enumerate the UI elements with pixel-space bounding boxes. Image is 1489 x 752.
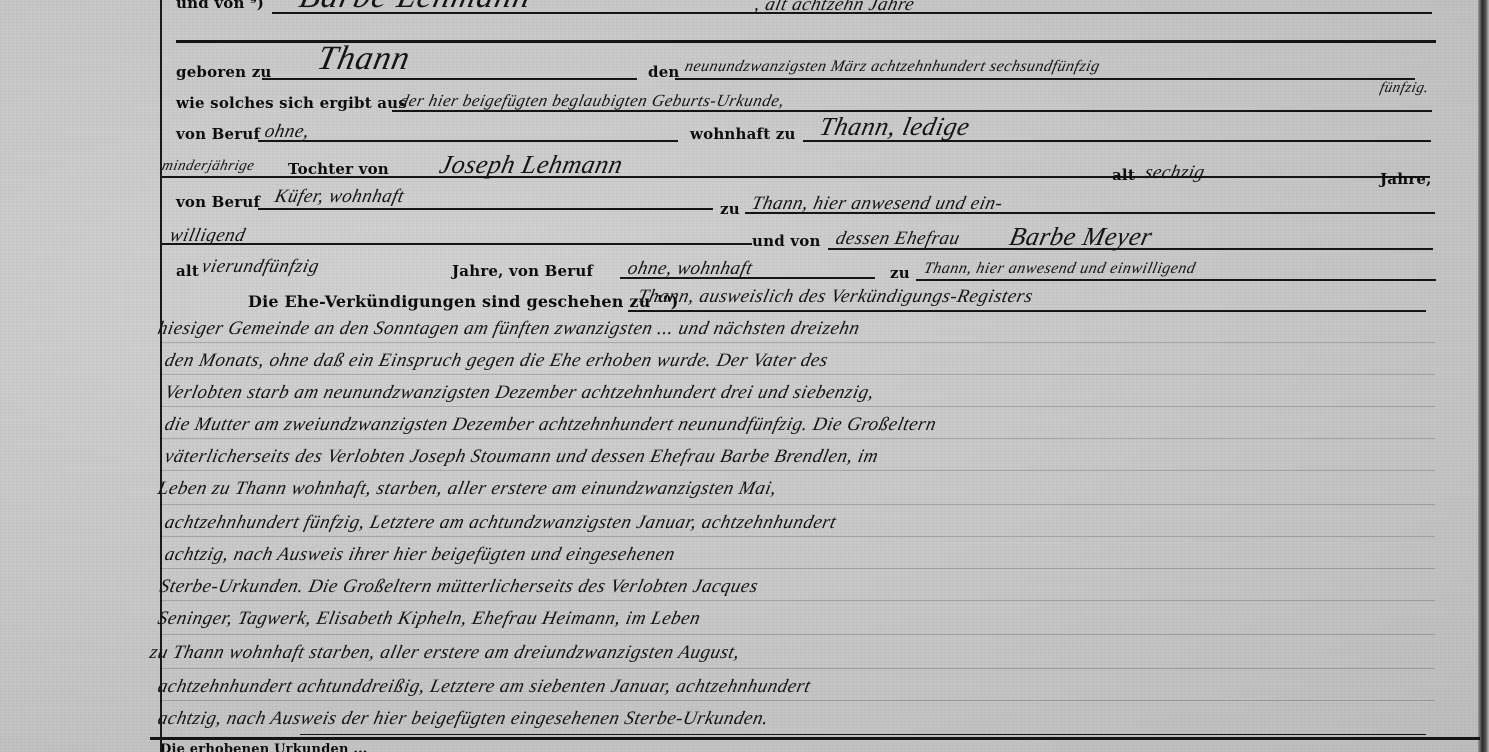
guide-line (160, 438, 1435, 439)
paragraph-line: achtzig, nach Ausweis der hier beigefügt… (156, 708, 771, 730)
residence: Thann, ledige (817, 112, 973, 142)
label-verkuendigungen: Die Ehe-Verkündigungen sind geschehen zu… (248, 292, 678, 311)
paragraph-line: Sterbe-Urkunden. Die Großeltern mütterli… (158, 576, 760, 598)
paragraph-line: achtzehnhundert fünfzig, Letztere am ach… (163, 512, 839, 534)
label-wohnhaft-zu: wohnhaft zu (690, 125, 796, 143)
label-und-von: und von ⁹) (176, 0, 264, 12)
minor-status: minderjährige (160, 158, 256, 175)
label-von-beruf-father: von Beruf (176, 193, 260, 211)
label-und-von-mother: und von (752, 232, 821, 250)
guide-line (160, 406, 1435, 407)
paragraph-line: hiesiger Gemeinde an den Sonntagen am fü… (156, 318, 862, 340)
birth-date: neunundzwanzigsten März achtzehnhundert … (683, 58, 1101, 76)
mother-residence: Thann, hier anwesend und einwilligend (922, 260, 1197, 278)
rule (828, 248, 1433, 250)
rule (745, 212, 1435, 214)
birth-date-cont: fünfzig. (1378, 80, 1430, 97)
register-page: und von ⁹) Barbe Lehmann , alt achtzehn … (0, 0, 1489, 752)
paragraph-line: die Mutter am zweiundzwanzigsten Dezembe… (163, 414, 939, 436)
rule (272, 12, 1432, 14)
banns-place: Thann, ausweislich des Verkündigungs-Reg… (636, 286, 1035, 308)
left-margin-rule (160, 0, 162, 752)
rule (162, 176, 1430, 178)
guide-line (160, 470, 1435, 471)
guide-line (160, 504, 1435, 505)
label-wie-solches: wie solches sich ergibt aus (176, 94, 407, 112)
paragraph-line: Seninger, Tagwerk, Elisabeth Kipheln, Eh… (156, 608, 703, 630)
label-alt-mother: alt (176, 262, 199, 280)
footer-divider (150, 737, 1480, 740)
rule (675, 78, 1415, 80)
paragraph-line: achtzehnhundert achtunddreißig, Letztere… (156, 676, 813, 698)
father-age: sechzig (1143, 162, 1207, 184)
label-jahre: Jahre, (1380, 170, 1432, 188)
paragraph-line: den Monats, ohne daß ein Einspruch gegen… (163, 350, 830, 372)
label-alt: alt (1112, 166, 1135, 184)
footer-label: Die erhobenen Urkunden ... (160, 742, 368, 752)
mother-intro: dessen Ehefrau (834, 228, 962, 250)
evidence: der hier beigefügten beglaubigten Geburt… (398, 91, 787, 111)
rule (628, 310, 1426, 312)
rule (916, 279, 1436, 281)
paper-texture (0, 0, 1489, 752)
rule (803, 140, 1431, 142)
rule (262, 78, 637, 80)
final-underline (300, 734, 1426, 735)
guide-line (160, 568, 1435, 569)
rule (620, 277, 875, 279)
label-von-beruf: von Beruf (176, 125, 260, 143)
guide-line (160, 342, 1435, 343)
guide-line (160, 600, 1435, 601)
guide-line (160, 700, 1435, 701)
paragraph-line: achtzig, nach Ausweis ihrer hier beigefü… (163, 544, 677, 566)
paragraph-line: väterlicherseits des Verlobten Joseph St… (163, 446, 881, 468)
guide-line (160, 536, 1435, 537)
guide-line (160, 634, 1435, 635)
label-geboren-zu: geboren zu (176, 63, 272, 81)
mother-age: vierundfünfzig (200, 256, 321, 278)
page-binding-edge (1478, 0, 1489, 752)
father-profession: Küfer, wohnhaft (273, 186, 407, 208)
paragraph-line: zu Thann wohnhaft starben, aller erstere… (148, 642, 742, 664)
rule (258, 140, 678, 142)
rule (258, 208, 713, 210)
guide-line (160, 668, 1435, 669)
birthplace: Thann (314, 40, 414, 78)
paragraph-line: Verlobten starb am neunundzwanzigsten De… (163, 382, 877, 404)
paragraph-line: Leben zu Thann wohnhaft, starben, aller … (156, 478, 779, 500)
label-zu-mother: zu (890, 264, 910, 282)
label-jahre-von-beruf: Jahre, von Beruf (452, 262, 593, 280)
rule (162, 243, 752, 245)
guide-line (160, 374, 1435, 375)
label-zu: zu (720, 200, 740, 218)
